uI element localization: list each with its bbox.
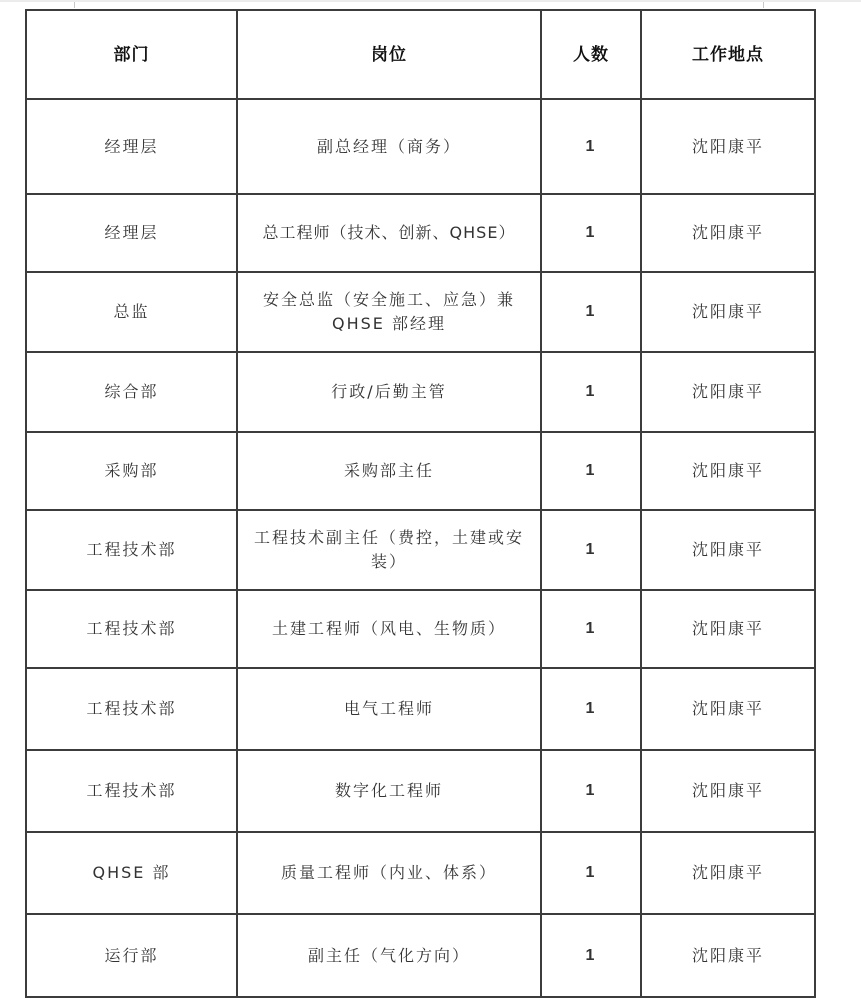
table-row: 运行部 副主任（气化方向） 1 沈阳康平	[26, 914, 815, 997]
header-department: 部门	[26, 10, 237, 99]
margin-marker-right	[763, 2, 764, 8]
table-row: 经理层 副总经理（商务） 1 沈阳康平	[26, 99, 815, 194]
cell-department: 采购部	[26, 432, 237, 510]
cell-position: 采购部主任	[237, 432, 541, 510]
cell-count: 1	[541, 510, 641, 590]
table-row: 工程技术部 电气工程师 1 沈阳康平	[26, 668, 815, 750]
table-row: 工程技术部 工程技术副主任（费控，土建或安装） 1 沈阳康平	[26, 510, 815, 590]
table-row: 采购部 采购部主任 1 沈阳康平	[26, 432, 815, 510]
cell-location: 沈阳康平	[641, 510, 815, 590]
table-row: 综合部 行政/后勤主管 1 沈阳康平	[26, 352, 815, 432]
cell-position: 土建工程师（风电、生物质）	[237, 590, 541, 668]
cell-location: 沈阳康平	[641, 432, 815, 510]
cell-department: QHSE 部	[26, 832, 237, 914]
cell-count: 1	[541, 99, 641, 194]
cell-location: 沈阳康平	[641, 750, 815, 832]
header-location: 工作地点	[641, 10, 815, 99]
cell-location: 沈阳康平	[641, 194, 815, 272]
cell-location: 沈阳康平	[641, 914, 815, 997]
cell-position: 副主任（气化方向）	[237, 914, 541, 997]
header-position: 岗位	[237, 10, 541, 99]
job-openings-table: 部门 岗位 人数 工作地点 经理层 副总经理（商务） 1 沈阳康平 经理层 总工…	[25, 9, 816, 998]
cell-count: 1	[541, 750, 641, 832]
cell-position: 副总经理（商务）	[237, 99, 541, 194]
cell-department: 经理层	[26, 194, 237, 272]
cell-position: 工程技术副主任（费控，土建或安装）	[237, 510, 541, 590]
table-row: 工程技术部 数字化工程师 1 沈阳康平	[26, 750, 815, 832]
cell-department: 综合部	[26, 352, 237, 432]
cell-position: 数字化工程师	[237, 750, 541, 832]
cell-count: 1	[541, 832, 641, 914]
cell-location: 沈阳康平	[641, 352, 815, 432]
cell-position: 总工程师（技术、创新、QHSE）	[237, 194, 541, 272]
cell-position: 行政/后勤主管	[237, 352, 541, 432]
cell-department: 工程技术部	[26, 750, 237, 832]
cell-location: 沈阳康平	[641, 832, 815, 914]
header-row: 部门 岗位 人数 工作地点	[26, 10, 815, 99]
cell-position: 电气工程师	[237, 668, 541, 750]
cell-count: 1	[541, 914, 641, 997]
margin-marker-left	[74, 2, 75, 8]
table-row: 经理层 总工程师（技术、创新、QHSE） 1 沈阳康平	[26, 194, 815, 272]
cell-count: 1	[541, 668, 641, 750]
cell-department: 总监	[26, 272, 237, 352]
cell-count: 1	[541, 590, 641, 668]
cell-count: 1	[541, 194, 641, 272]
header-count: 人数	[541, 10, 641, 99]
cell-position: 质量工程师（内业、体系）	[237, 832, 541, 914]
table-row: 工程技术部 土建工程师（风电、生物质） 1 沈阳康平	[26, 590, 815, 668]
cell-count: 1	[541, 352, 641, 432]
cell-location: 沈阳康平	[641, 99, 815, 194]
cell-department: 工程技术部	[26, 668, 237, 750]
cell-location: 沈阳康平	[641, 668, 815, 750]
cell-location: 沈阳康平	[641, 590, 815, 668]
cell-location: 沈阳康平	[641, 272, 815, 352]
table-row: QHSE 部 质量工程师（内业、体系） 1 沈阳康平	[26, 832, 815, 914]
cell-position: 安全总监（安全施工、应急）兼QHSE 部经理	[237, 272, 541, 352]
page-top-edge	[0, 0, 861, 2]
cell-department: 经理层	[26, 99, 237, 194]
cell-department: 工程技术部	[26, 590, 237, 668]
cell-department: 工程技术部	[26, 510, 237, 590]
table-row: 总监 安全总监（安全施工、应急）兼QHSE 部经理 1 沈阳康平	[26, 272, 815, 352]
cell-count: 1	[541, 272, 641, 352]
cell-department: 运行部	[26, 914, 237, 997]
cell-count: 1	[541, 432, 641, 510]
